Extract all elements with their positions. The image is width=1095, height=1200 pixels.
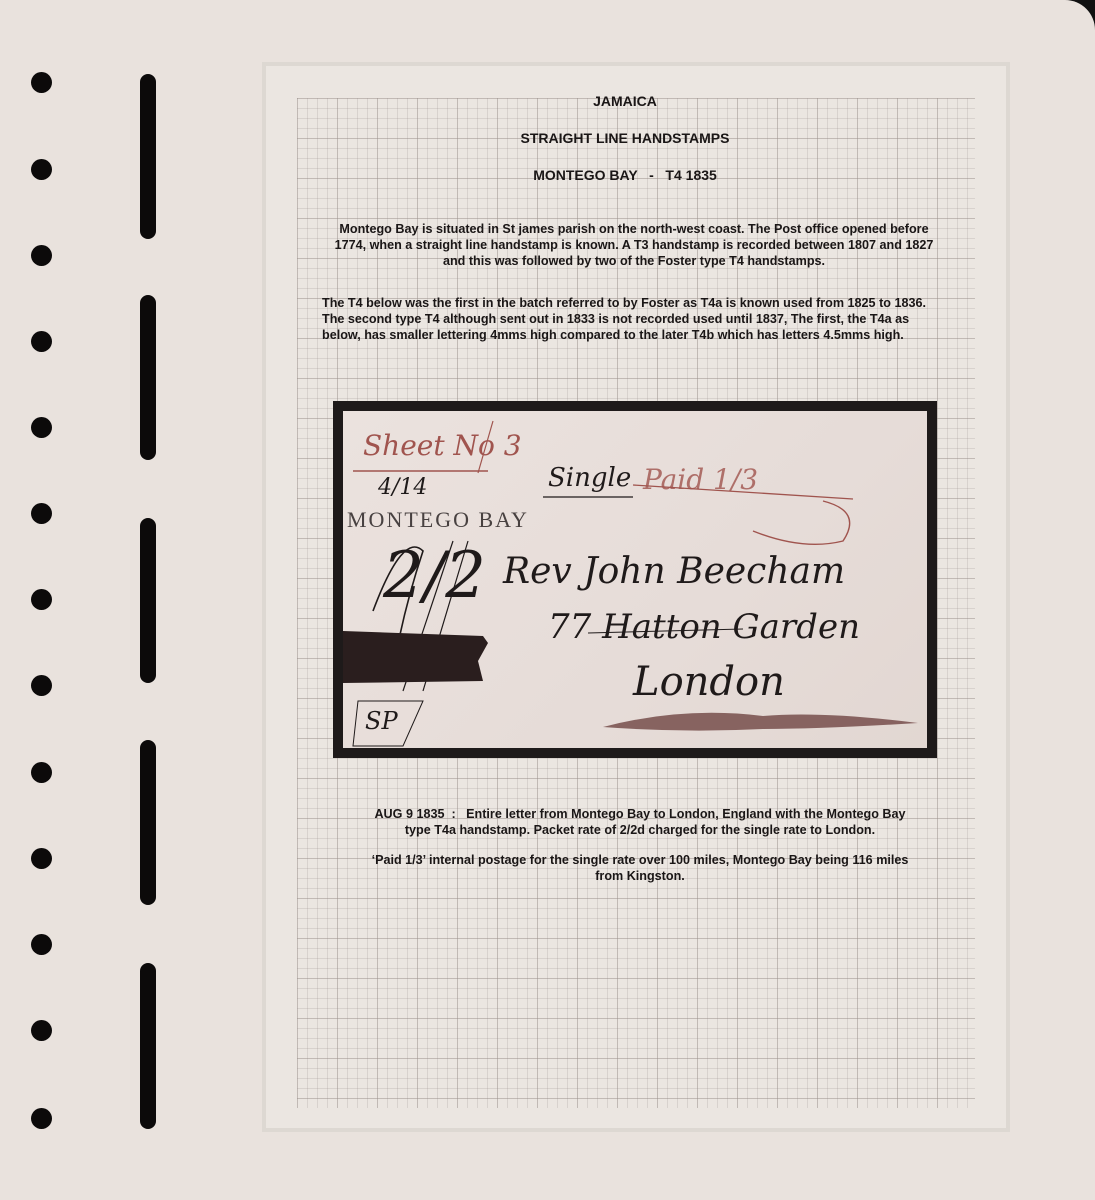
montego-bay-handstamp: MONTEGO BAY — [347, 507, 529, 533]
punch-hole — [31, 675, 52, 696]
intro-paragraph-1: Montego Bay is situated in St james pari… — [322, 221, 946, 269]
punch-hole — [31, 331, 52, 352]
binder-slot — [140, 295, 156, 460]
punch-hole — [31, 589, 52, 610]
caption-line: type T4a handstamp. Packet rate of 2/2d … — [340, 822, 940, 838]
punch-hole — [31, 503, 52, 524]
binder-slot — [140, 74, 156, 239]
caption-line: ‘Paid 1/3’ internal postage for the sing… — [340, 852, 940, 868]
text-line: Montego Bay is situated in St james pari… — [322, 221, 946, 237]
binder-slot — [140, 518, 156, 683]
section-title: MONTEGO BAY - T4 1835 — [470, 167, 780, 183]
lower-left-mark: SP — [365, 707, 398, 735]
punch-hole — [31, 72, 52, 93]
text-line: below, has smaller lettering 4mms high c… — [322, 327, 952, 343]
punch-hole — [31, 417, 52, 438]
sheet-number-manuscript: Sheet No 3 — [363, 429, 522, 462]
punch-hole — [31, 245, 52, 266]
punch-hole — [31, 848, 52, 869]
cover-caption: AUG 9 1835 : Entire letter from Montego … — [340, 806, 940, 884]
text-line: The T4 below was the first in the batch … — [322, 295, 952, 311]
binder-slot — [140, 963, 156, 1129]
punch-hole — [31, 762, 52, 783]
punch-hole — [31, 1020, 52, 1041]
punch-hole — [31, 934, 52, 955]
city-line: London — [633, 659, 785, 705]
packet-rate-manuscript: 2/2 — [383, 539, 486, 613]
caption-line: from Kingston. — [340, 868, 940, 884]
text-line: and this was followed by two of the Fost… — [322, 253, 946, 269]
paid-rate-manuscript: Paid 1/3 — [643, 463, 758, 496]
page-corner — [1065, 0, 1095, 30]
page-heading: JAMAICA — [500, 93, 750, 109]
binder-slot — [140, 740, 156, 905]
intro-paragraph-2: The T4 below was the first in the batch … — [322, 295, 952, 343]
entire-letter-cover: MONTEGO BAY Sheet No 3 4/14 Single Paid … — [343, 411, 927, 748]
punch-hole — [31, 1108, 52, 1129]
punch-hole — [31, 159, 52, 180]
addressee-line: Rev John Beecham — [503, 551, 845, 592]
docket-manuscript: 4/14 — [378, 475, 427, 500]
text-line: The second type T4 although sent out in … — [322, 311, 952, 327]
street-line: 77 Hatton Garden — [548, 607, 860, 647]
cover-mount: MONTEGO BAY Sheet No 3 4/14 Single Paid … — [333, 401, 937, 758]
caption-line: AUG 9 1835 : Entire letter from Montego … — [340, 806, 940, 822]
single-manuscript: Single — [548, 463, 631, 493]
page-subheading: STRAIGHT LINE HANDSTAMPS — [470, 130, 780, 146]
text-line: 1774, when a straight line handstamp is … — [322, 237, 946, 253]
